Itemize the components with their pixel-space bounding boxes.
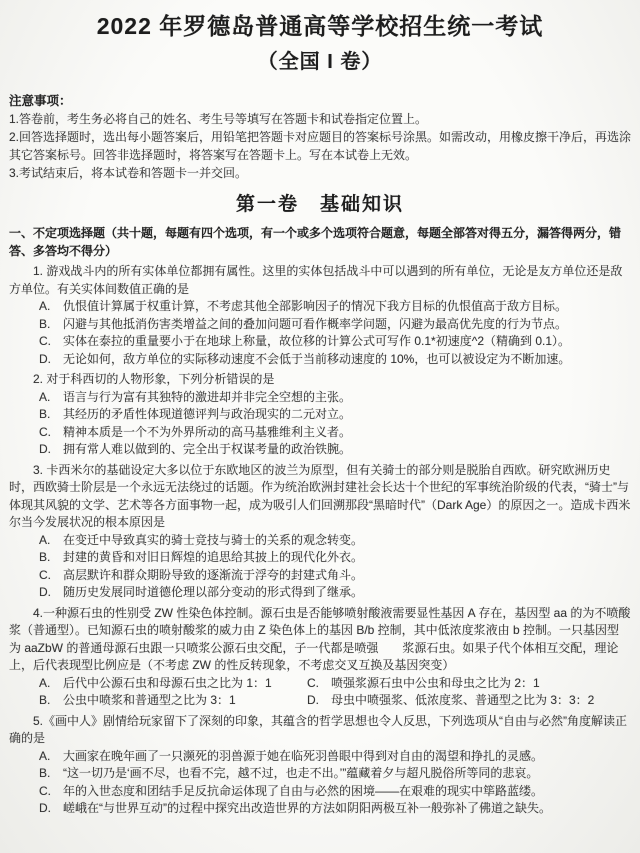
section-instructions: 一、不定项选择题（共十题，每题有四个选项，有一个或多个选项符合题意，每题全部答对…	[9, 224, 631, 260]
option-text: 仇恨值计算属于权重计算，不考虑其他全部影响因子的情况下我方目标的仇恨值高于敌方目…	[63, 298, 631, 316]
option-text: “这一切乃是‘画不尽，也看不完，越不过，也走不出。’”蕴藏着夕与超凡脱俗所等同的…	[63, 765, 631, 783]
question-5: 5.《画中人》剧情给玩家留下了深刻的印象，其蕴含的哲学思想也令人反思，下列选项从…	[9, 713, 631, 818]
option-text: 年的入世态度和团结手足反抗命运体现了自由与必然的困境——在艰难的现实中筚路蓝缕。	[63, 783, 631, 801]
question-5-option-a: A. 大画家在晚年画了一只濒死的羽兽源于她在临死羽兽眼中得到对自由的渴望和挣扎的…	[9, 748, 631, 766]
exam-subtitle: （全国 I 卷）	[9, 48, 631, 76]
exam-paper-page: 2022 年罗德岛普通高等学校招生统一考试 （全国 I 卷） 注意事项： 1.答…	[0, 0, 640, 853]
question-2: 2. 对于科西切的人物形象，下列分析错误的是 A. 语言与行为富有其独特的激进却…	[9, 371, 631, 459]
option-label: B.	[39, 765, 63, 783]
question-4-option-a: A. 后代中公源石虫和母源石虫之比为 1：1	[39, 675, 307, 693]
option-text: 后代中公源石虫和母源石虫之比为 1：1	[63, 675, 307, 693]
option-label: C.	[307, 675, 331, 693]
option-label: D.	[307, 692, 331, 710]
option-label: A.	[39, 298, 63, 316]
option-text: 封建的黄昏和对旧日辉煌的追思给其披上的现代化外衣。	[63, 549, 631, 567]
question-3-option-a: A. 在变迁中导致真实的骑士竞技与骑士的关系的观念转变。	[9, 532, 631, 550]
notice-heading: 注意事项：	[9, 92, 631, 110]
question-4-options: A. 后代中公源石虫和母源石虫之比为 1：1 C. 喷强浆源石虫中公虫和母虫之比…	[9, 675, 631, 710]
question-5-stem: 5.《画中人》剧情给玩家留下了深刻的印象，其蕴含的哲学思想也令人反思，下列选项从…	[9, 713, 631, 748]
question-3-option-d: D. 随历史发展同时道德伦理以部分变动的形式得到了继承。	[9, 584, 631, 602]
option-label: C.	[39, 783, 63, 801]
option-text: 公虫中喷浆和普通型之比为 3：1	[63, 692, 307, 710]
question-4-option-b: B. 公虫中喷浆和普通型之比为 3：1	[39, 692, 307, 710]
question-2-option-d: D. 拥有常人难以做到的、完全出于权谋考量的政治铁腕。	[9, 441, 631, 459]
option-text: 大画家在晚年画了一只濒死的羽兽源于她在临死羽兽眼中得到对自由的渴望和挣扎的灵感。	[63, 748, 631, 766]
option-text: 在变迁中导致真实的骑士竞技与骑士的关系的观念转变。	[63, 532, 631, 550]
option-text: 高层默许和群众期盼导致的逐渐流于浮夸的封建式角斗。	[63, 567, 631, 585]
question-3: 3. 卡西米尔的基础设定大多以位于东欧地区的波兰为原型，但有关骑士的部分则是脱胎…	[9, 462, 631, 602]
question-4-option-d: D. 母虫中喷强浆、低浓度浆、普通型之比为 3：3：2	[307, 692, 631, 710]
question-1-option-d: D. 无论如何，敌方单位的实际移动速度不会低于当前移动速度的 10%，也可以被设…	[9, 351, 631, 369]
option-text: 母虫中喷强浆、低浓度浆、普通型之比为 3：3：2	[331, 692, 631, 710]
option-label: A.	[39, 748, 63, 766]
option-label: C.	[39, 424, 63, 442]
notice-item-3: 3.考试结束后，将本试卷和答题卡一并交回。	[9, 164, 631, 182]
option-label: A.	[39, 675, 63, 693]
option-text: 嵯峨在“与世界互动”的过程中探究出改造世界的方法如阴阳两极互补一般弥补了佛道之缺…	[63, 800, 631, 818]
question-2-stem: 2. 对于科西切的人物形象，下列分析错误的是	[9, 371, 631, 389]
option-label: B.	[39, 692, 63, 710]
option-text: 随历史发展同时道德伦理以部分变动的形式得到了继承。	[63, 584, 631, 602]
notice-item-2: 2.回答选择题时，选出每小题答案后，用铅笔把答题卡对应题目的答案标号涂黑。如需改…	[9, 128, 631, 164]
question-5-option-b: B. “这一切乃是‘画不尽，也看不完，越不过，也走不出。’”蕴藏着夕与超凡脱俗所…	[9, 765, 631, 783]
question-1: 1. 游戏战斗内的所有实体单位都拥有属性。这里的实体包括战斗中可以遇到的所有单位…	[9, 263, 631, 368]
option-text: 语言与行为富有其独特的激进却并非完全空想的主张。	[63, 389, 631, 407]
question-1-option-b: B. 闪避与其他抵消伤害类增益之间的叠加问题可看作概率学问题，闪避为最高优先度的…	[9, 316, 631, 334]
exam-title: 2022 年罗德岛普通高等学校招生统一考试	[9, 10, 631, 42]
question-2-option-a: A. 语言与行为富有其独特的激进却并非完全空想的主张。	[9, 389, 631, 407]
question-2-option-b: B. 其经历的矛盾性体现道德评判与政治现实的二元对立。	[9, 406, 631, 424]
option-text: 闪避与其他抵消伤害类增益之间的叠加问题可看作概率学问题，闪避为最高优先度的行为节…	[63, 316, 631, 334]
option-text: 无论如何，敌方单位的实际移动速度不会低于当前移动速度的 10%，也可以被设定为不…	[63, 351, 631, 369]
notice-item-1: 1.答卷前，考生务必将自己的姓名、考生号等填写在答题卡和试卷指定位置上。	[9, 110, 631, 128]
question-3-option-c: C. 高层默许和群众期盼导致的逐渐流于浮夸的封建式角斗。	[9, 567, 631, 585]
question-1-stem: 1. 游戏战斗内的所有实体单位都拥有属性。这里的实体包括战斗中可以遇到的所有单位…	[9, 263, 631, 298]
option-label: D.	[39, 584, 63, 602]
option-label: B.	[39, 549, 63, 567]
option-text: 精神本质是一个不为外界所动的高马基雅维利主义者。	[63, 424, 631, 442]
option-text: 喷强浆源石虫中公虫和母虫之比为 2：1	[331, 675, 631, 693]
question-5-option-c: C. 年的入世态度和团结手足反抗命运体现了自由与必然的困境——在艰难的现实中筚路…	[9, 783, 631, 801]
question-4: 4.一种源石虫的性别受 ZW 性染色体控制。源石虫是否能够喷射酸液需要显性基因 …	[9, 605, 631, 710]
option-label: C.	[39, 333, 63, 351]
option-label: B.	[39, 406, 63, 424]
question-1-option-c: C. 实体在泰拉的重量要小于在地球上称量，故位移的计算公式可写作 0.1*初速度…	[9, 333, 631, 351]
option-label: A.	[39, 532, 63, 550]
question-1-option-a: A. 仇恨值计算属于权重计算，不考虑其他全部影响因子的情况下我方目标的仇恨值高于…	[9, 298, 631, 316]
option-label: D.	[39, 800, 63, 818]
option-label: D.	[39, 441, 63, 459]
question-4-option-c: C. 喷强浆源石虫中公虫和母虫之比为 2：1	[307, 675, 631, 693]
question-2-option-c: C. 精神本质是一个不为外界所动的高马基雅维利主义者。	[9, 424, 631, 442]
option-text: 实体在泰拉的重量要小于在地球上称量，故位移的计算公式可写作 0.1*初速度^2（…	[63, 333, 631, 351]
question-4-stem: 4.一种源石虫的性别受 ZW 性染色体控制。源石虫是否能够喷射酸液需要显性基因 …	[9, 605, 631, 675]
option-label: B.	[39, 316, 63, 334]
option-text: 拥有常人难以做到的、完全出于权谋考量的政治铁腕。	[63, 441, 631, 459]
question-3-option-b: B. 封建的黄昏和对旧日辉煌的追思给其披上的现代化外衣。	[9, 549, 631, 567]
option-label: A.	[39, 389, 63, 407]
option-label: D.	[39, 351, 63, 369]
question-5-option-d: D. 嵯峨在“与世界互动”的过程中探究出改造世界的方法如阴阳两极互补一般弥补了佛…	[9, 800, 631, 818]
option-label: C.	[39, 567, 63, 585]
option-text: 其经历的矛盾性体现道德评判与政治现实的二元对立。	[63, 406, 631, 424]
section-title: 第一卷 基础知识	[9, 192, 631, 218]
notice-section: 注意事项： 1.答卷前，考生务必将自己的姓名、考生号等填写在答题卡和试卷指定位置…	[9, 92, 631, 182]
question-3-stem: 3. 卡西米尔的基础设定大多以位于东欧地区的波兰为原型，但有关骑士的部分则是脱胎…	[9, 462, 631, 532]
